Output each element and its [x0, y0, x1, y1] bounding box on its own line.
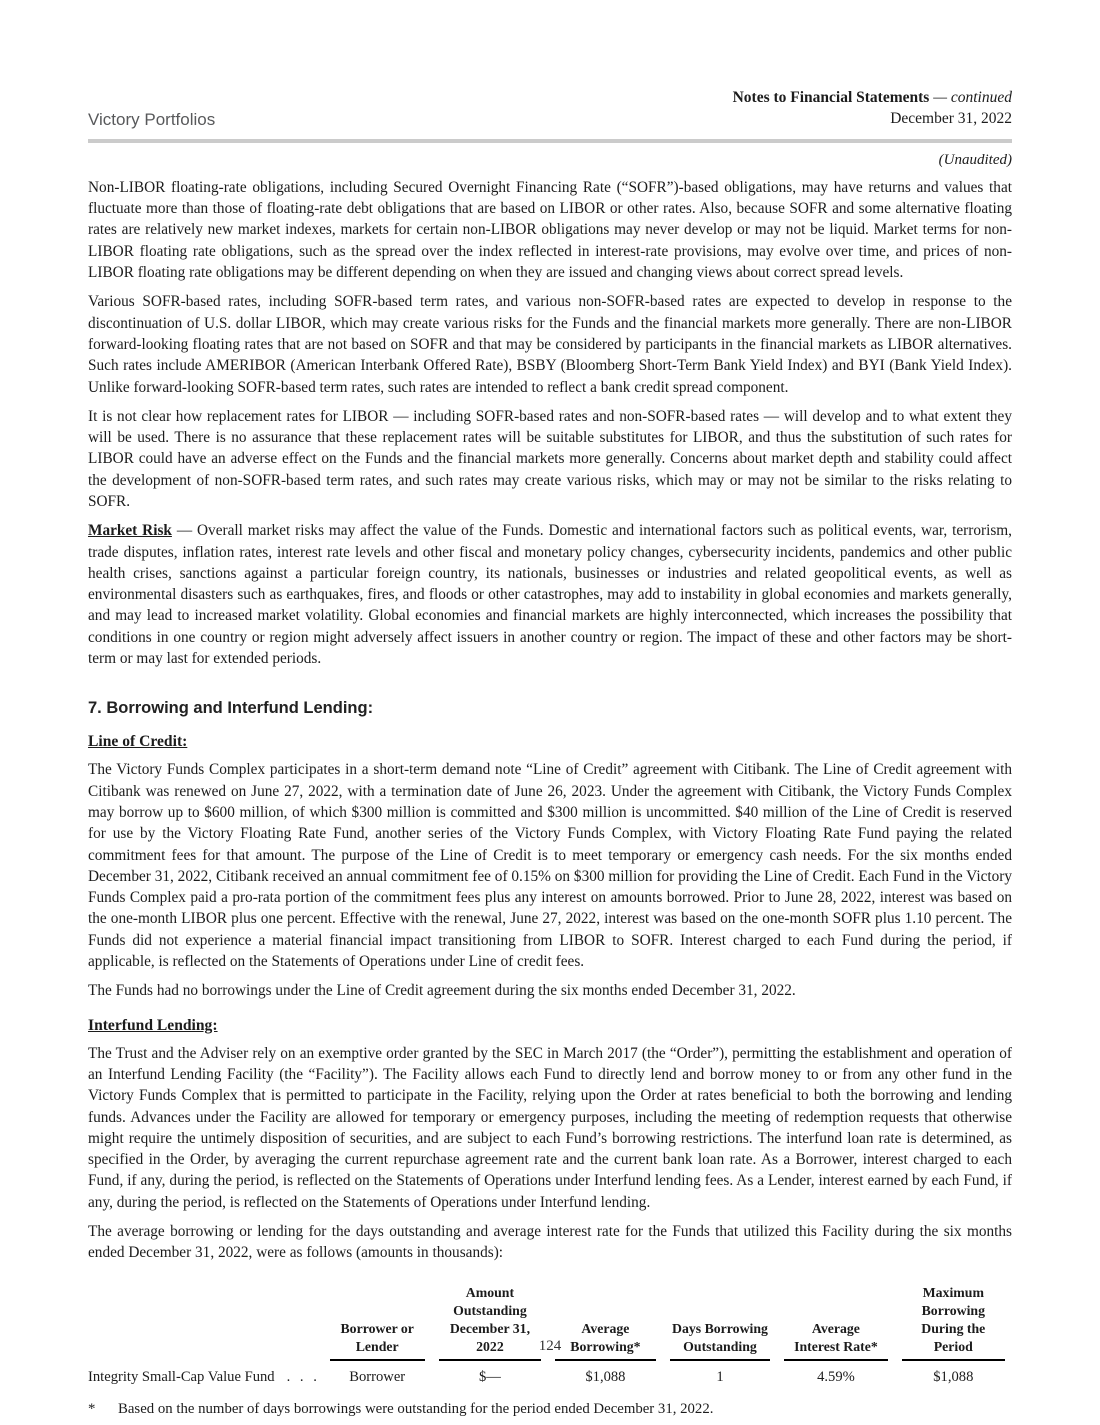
- fund-name: Integrity Small-Cap Value Fund: [88, 1369, 275, 1385]
- section-7-heading: 7. Borrowing and Interfund Lending:: [88, 699, 1012, 718]
- fund-name-cell: Integrity Small-Cap Value Fund. . .: [88, 1361, 323, 1386]
- paragraph-market-risk: Market Risk — Overall market risks may a…: [88, 520, 1012, 669]
- header-divider: [88, 139, 1012, 143]
- days-borrowing-cell: 1: [663, 1361, 778, 1386]
- header-continued: — continued: [929, 89, 1012, 106]
- header-right-block: Notes to Financial Statements — continue…: [733, 88, 1012, 130]
- header-title: Notes to Financial Statements: [733, 89, 930, 106]
- line-of-credit-heading: Line of Credit:: [88, 733, 1012, 751]
- average-interest-rate-cell: 4.59%: [777, 1361, 894, 1386]
- average-borrowing-cell: $1,088: [548, 1361, 663, 1386]
- document-page: Victory Portfolios Notes to Financial St…: [0, 0, 1100, 1425]
- dot-leader: . . .: [275, 1369, 317, 1385]
- footnote-marker: *: [88, 1400, 118, 1420]
- footnote-text: Based on the number of days borrowings w…: [118, 1400, 713, 1420]
- paragraph-interfund-lending: The Trust and the Adviser rely on an exe…: [88, 1043, 1012, 1213]
- interfund-lending-table: Borrower or Lender Amount Outstanding De…: [88, 1284, 1012, 1387]
- paragraph-average-borrowing-intro: The average borrowing or lending for the…: [88, 1221, 1012, 1264]
- unaudited-label: (Unaudited): [88, 152, 1012, 169]
- header-title-line: Notes to Financial Statements — continue…: [733, 88, 1012, 109]
- market-risk-lead: Market Risk: [88, 522, 172, 539]
- interfund-lending-heading: Interfund Lending:: [88, 1017, 1012, 1035]
- amount-outstanding-cell: $—: [432, 1361, 548, 1386]
- paragraph-line-of-credit: The Victory Funds Complex participates i…: [88, 759, 1012, 972]
- header-date: December 31, 2022: [733, 109, 1012, 130]
- borrower-or-lender-cell: Borrower: [323, 1361, 432, 1386]
- table-row: Integrity Small-Cap Value Fund. . . Borr…: [88, 1361, 1012, 1386]
- maximum-borrowing-cell: $1,088: [895, 1361, 1012, 1386]
- paragraph-sofr-rates: Various SOFR-based rates, including SOFR…: [88, 291, 1012, 397]
- table-footnote: * Based on the number of days borrowings…: [88, 1400, 1012, 1420]
- page-number: 124: [0, 1338, 1100, 1355]
- page-header: Victory Portfolios Notes to Financial St…: [88, 88, 1012, 130]
- paragraph-no-borrowings: The Funds had no borrowings under the Li…: [88, 980, 1012, 1001]
- paragraph-non-libor: Non-LIBOR floating-rate obligations, inc…: [88, 177, 1012, 283]
- market-risk-body: — Overall market risks may affect the va…: [88, 522, 1012, 667]
- paragraph-replacement-rates: It is not clear how replacement rates fo…: [88, 406, 1012, 512]
- brand-name: Victory Portfolios: [88, 111, 215, 130]
